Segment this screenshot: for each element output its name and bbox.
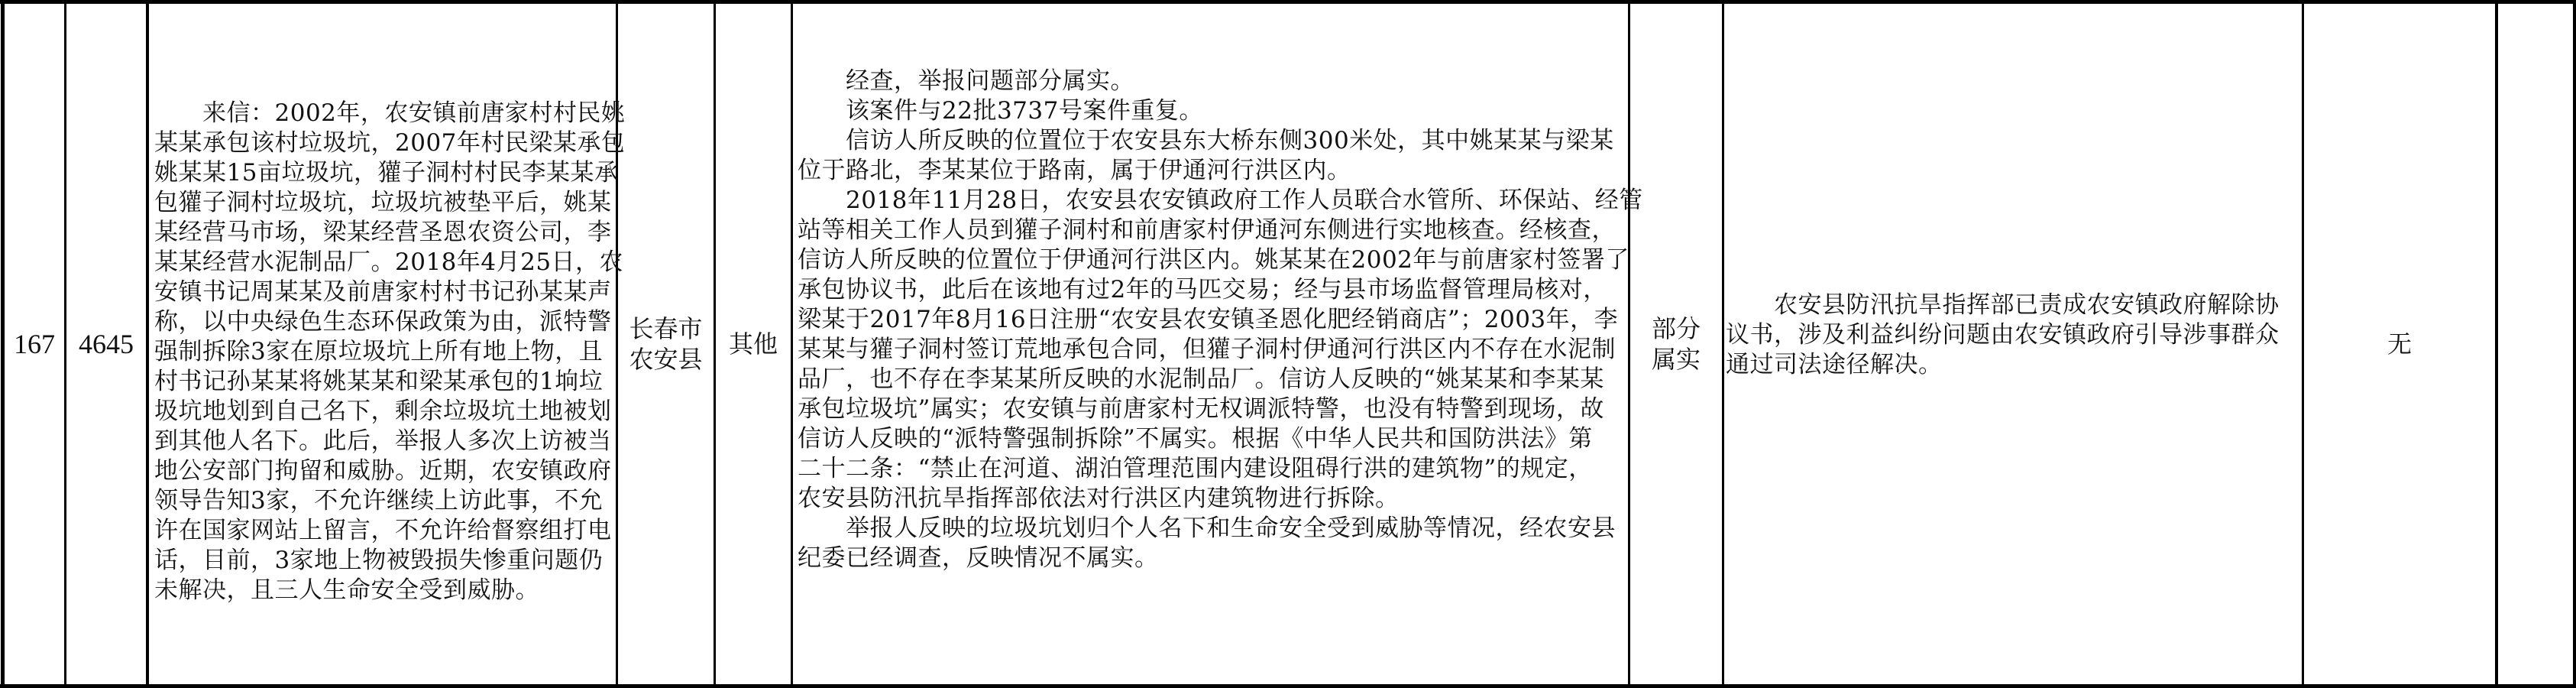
findings-line: 信访人所反映的位置位于伊通河行洪区内。姚某某在2002年与前唐家村签署了 (798, 245, 1628, 275)
verdict-line: 属实 (1652, 344, 1701, 375)
complaint-line: 来信：2002年，农安镇前唐家村村民姚 (154, 99, 616, 128)
findings-line: 某某与獾子洞村签订荒地承包合同，但獾子洞村伊通河行洪区内不存在水泥制 (798, 335, 1628, 365)
findings-line: 承包协议书，此后在该地有过2年的马匹交易；经与县市场监督管理局核对， (798, 275, 1628, 305)
region: 长春市 农安县 (629, 313, 702, 375)
findings-line: 2018年11月28日，农安县农安镇政府工作人员联合水管所、环保站、经管 (798, 186, 1628, 216)
findings-line: 纪委已经调查，反映情况不属实。 (798, 544, 1628, 573)
cell-category: 其他 (716, 5, 791, 683)
complaint-line: 领导告知3家，不允许继续上访此事，不允 (154, 486, 616, 516)
cell-handling: 农安县防汛抗旱指挥部已责成农安镇政府解除协 议书，涉及利益纠纷问题由农安镇政府引… (1724, 0, 2302, 674)
findings-line: 农安县防汛抗旱指挥部依法对行洪区内建筑物进行拆除。 (798, 484, 1628, 514)
complaint-line: 称，以中央绿色生态环保政策为由，派特警 (154, 307, 616, 337)
col-border (2573, 0, 2576, 688)
cell-complaint: 来信：2002年，农安镇前唐家村村民姚 某某承包该村垃圾坑，2007年村民梁某承… (149, 12, 616, 688)
cell-notes (2498, 5, 2573, 683)
handling-text: 农安县防汛抗旱指挥部已责成农安镇政府解除协 议书，涉及利益纠纷问题由农安镇政府引… (1726, 290, 2302, 380)
category: 其他 (729, 329, 778, 359)
complaint-line: 圾坑地划到自己名下，剩余垃圾坑土地被划 (154, 397, 616, 427)
complaint-line: 许在国家网站上留言，不允许给督察组打电 (154, 516, 616, 546)
complaint-line: 未解决，且三人生命安全受到威胁。 (154, 576, 616, 605)
region-county: 农安县 (629, 344, 702, 375)
findings-line: 经查，举报问题部分属实。 (798, 67, 1628, 96)
complaint-line: 地公安部门拘留和威胁。近期，农安镇政府 (154, 456, 616, 486)
verdict-line: 部分 (1652, 313, 1701, 344)
findings-line: 梁某于2017年8月16日注册“农安县农安镇圣恩化肥经销商店”；2003年，李 (798, 305, 1628, 335)
complaint-line: 村书记孙某某将姚某某和梁某承包的1垧垃 (154, 367, 616, 397)
region-city: 长春市 (629, 313, 702, 344)
verdict: 部分 属实 (1652, 313, 1701, 375)
findings-line: 该案件与22批3737号案件重复。 (798, 96, 1628, 126)
case-number: 4645 (79, 328, 134, 360)
findings-line: 二十二条：“禁止在河道、湖泊管理范围内建设阻碍行洪的建筑物”的规定， (798, 454, 1628, 484)
findings-line: 承包垃圾坑”属实；农安镇与前唐家村无权调派特警，也没有特警到现场，故 (798, 394, 1628, 424)
cell-accountability: 无 (2304, 5, 2495, 683)
handling-line: 农安县防汛抗旱指挥部已责成农安镇政府解除协 (1726, 290, 2302, 320)
complaint-line: 某某经营水泥制品厂。2018年4月25日，农 (154, 248, 616, 277)
findings-line: 信访人所反映的位置位于农安县东大桥东侧300米处，其中姚某某与梁某 (798, 126, 1628, 156)
complaint-line: 话，目前，3家地上物被毁损失惨重问题仍 (154, 546, 616, 576)
handling-line: 议书，涉及利益纠纷问题由农安镇政府引导涉事群众 (1726, 320, 2302, 350)
complaint-text: 来信：2002年，农安镇前唐家村村民姚 某某承包该村垃圾坑，2007年村民梁某承… (154, 99, 616, 605)
cell-index: 167 (5, 5, 64, 683)
case-table: 167 4645 来信：2002年，农安镇前唐家村村民姚 某某承包该村垃圾坑，2… (0, 0, 2576, 688)
findings-line: 举报人反映的垃圾坑划归个人名下和生命安全受到威胁等情况，经农安县 (798, 514, 1628, 544)
cell-case-number: 4645 (66, 5, 146, 683)
accountability: 无 (2387, 329, 2412, 359)
complaint-line: 安镇书记周某某及前唐家村村书记孙某某声 (154, 277, 616, 307)
cell-verdict: 部分 属实 (1630, 5, 1722, 683)
complaint-line: 到其他人名下。此后，举报人多次上访被当 (154, 427, 616, 456)
findings-line: 位于路北，李某某位于路南，属于伊通河行洪区内。 (798, 156, 1628, 186)
cell-region: 长春市 农安县 (618, 5, 714, 683)
complaint-line: 强制拆除3家在原垃圾坑上所有地上物，且 (154, 337, 616, 367)
complaint-line: 某某承包该村垃圾坑，2007年村民梁某承包 (154, 128, 616, 158)
complaint-line: 包獾子洞村垃圾坑，垃圾坑被垫平后，姚某 (154, 188, 616, 218)
row-index: 167 (14, 328, 55, 360)
complaint-line: 某经营马市场，梁某经营圣恩农资公司，李 (154, 218, 616, 248)
findings-text: 经查，举报问题部分属实。 该案件与22批3737号案件重复。 信访人所反映的位置… (798, 67, 1628, 573)
handling-line: 通过司法途径解决。 (1726, 350, 2302, 380)
cell-findings: 经查，举报问题部分属实。 该案件与22批3737号案件重复。 信访人所反映的位置… (793, 0, 1628, 659)
complaint-line: 姚某某15亩垃圾坑，獾子洞村村民李某某承 (154, 158, 616, 188)
findings-line: 站等相关工作人员到獾子洞村和前唐家村伊通河东侧进行实地核查。经核查， (798, 216, 1628, 245)
findings-line: 信访人反映的“派特警强制拆除”不属实。根据《中华人民共和国防洪法》第 (798, 424, 1628, 454)
findings-line: 品厂，也不存在李某某所反映的水泥制品厂。信访人反映的“姚某某和李某某 (798, 365, 1628, 394)
